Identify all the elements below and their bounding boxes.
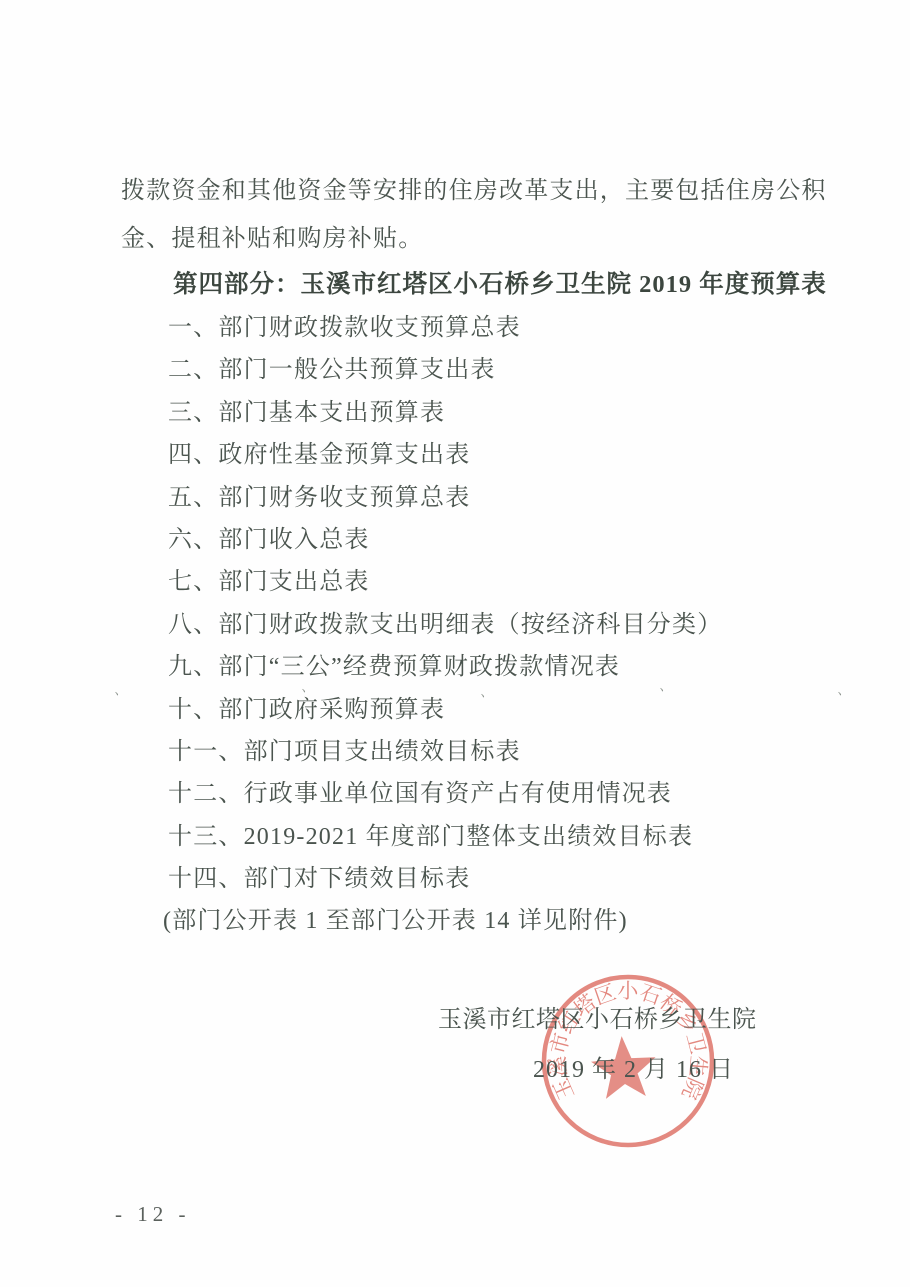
section-heading: 第四部分：玉溪市红塔区小石桥乡卫生院 2019 年度预算表 <box>173 271 827 299</box>
list-item-6: 六、部门收入总表 <box>168 527 370 555</box>
scan-noise-mark: 、 <box>301 680 316 695</box>
list-item-12: 十二、行政事业单位国有资产占有使用情况表 <box>168 781 672 809</box>
scan-noise-mark: 、 <box>480 685 495 700</box>
attachment-note: (部门公开表 1 至部门公开表 14 详见附件) <box>163 908 628 936</box>
scan-noise-mark: 、 <box>659 679 674 694</box>
list-item-13: 十三、2019-2021 年度部门整体支出绩效目标表 <box>168 824 693 852</box>
list-item-9: 九、部门“三公”经费预算财政拨款情况表 <box>168 654 620 682</box>
list-item-11: 十一、部门项目支出绩效目标表 <box>168 739 521 767</box>
list-item-14: 十四、部门对下绩效目标表 <box>168 866 470 894</box>
page-number: - 12 - <box>115 1202 191 1226</box>
list-item-3: 三、部门基本支出预算表 <box>168 400 445 428</box>
list-item-10: 十、部门政府采购预算表 <box>168 697 445 725</box>
paragraph-line-2: 金、提租补贴和购房补贴。 <box>121 226 423 254</box>
list-item-4: 四、政府性基金预算支出表 <box>168 442 470 470</box>
paragraph-line-1: 拨款资金和其他资金等安排的住房改革支出，主要包括住房公积 <box>121 178 827 206</box>
scan-noise-mark: 、 <box>114 683 129 698</box>
list-item-1: 一、部门财政拨款收支预算总表 <box>168 315 521 343</box>
list-item-5: 五、部门财务收支预算总表 <box>168 485 470 513</box>
signature-org: 玉溪市红塔区小石桥乡卫生院 <box>438 1007 757 1035</box>
scan-noise-mark: 、 <box>837 683 852 698</box>
document-page: 拨款资金和其他资金等安排的住房改革支出，主要包括住房公积 金、提租补贴和购房补贴… <box>0 0 910 1287</box>
list-item-8: 八、部门财政拨款支出明细表（按经济科目分类） <box>168 612 722 640</box>
list-item-7: 七、部门支出总表 <box>168 569 370 597</box>
signature-date: 2019 年 2 月 16 日 <box>533 1057 734 1085</box>
list-item-2: 二、部门一般公共预算支出表 <box>168 357 496 385</box>
